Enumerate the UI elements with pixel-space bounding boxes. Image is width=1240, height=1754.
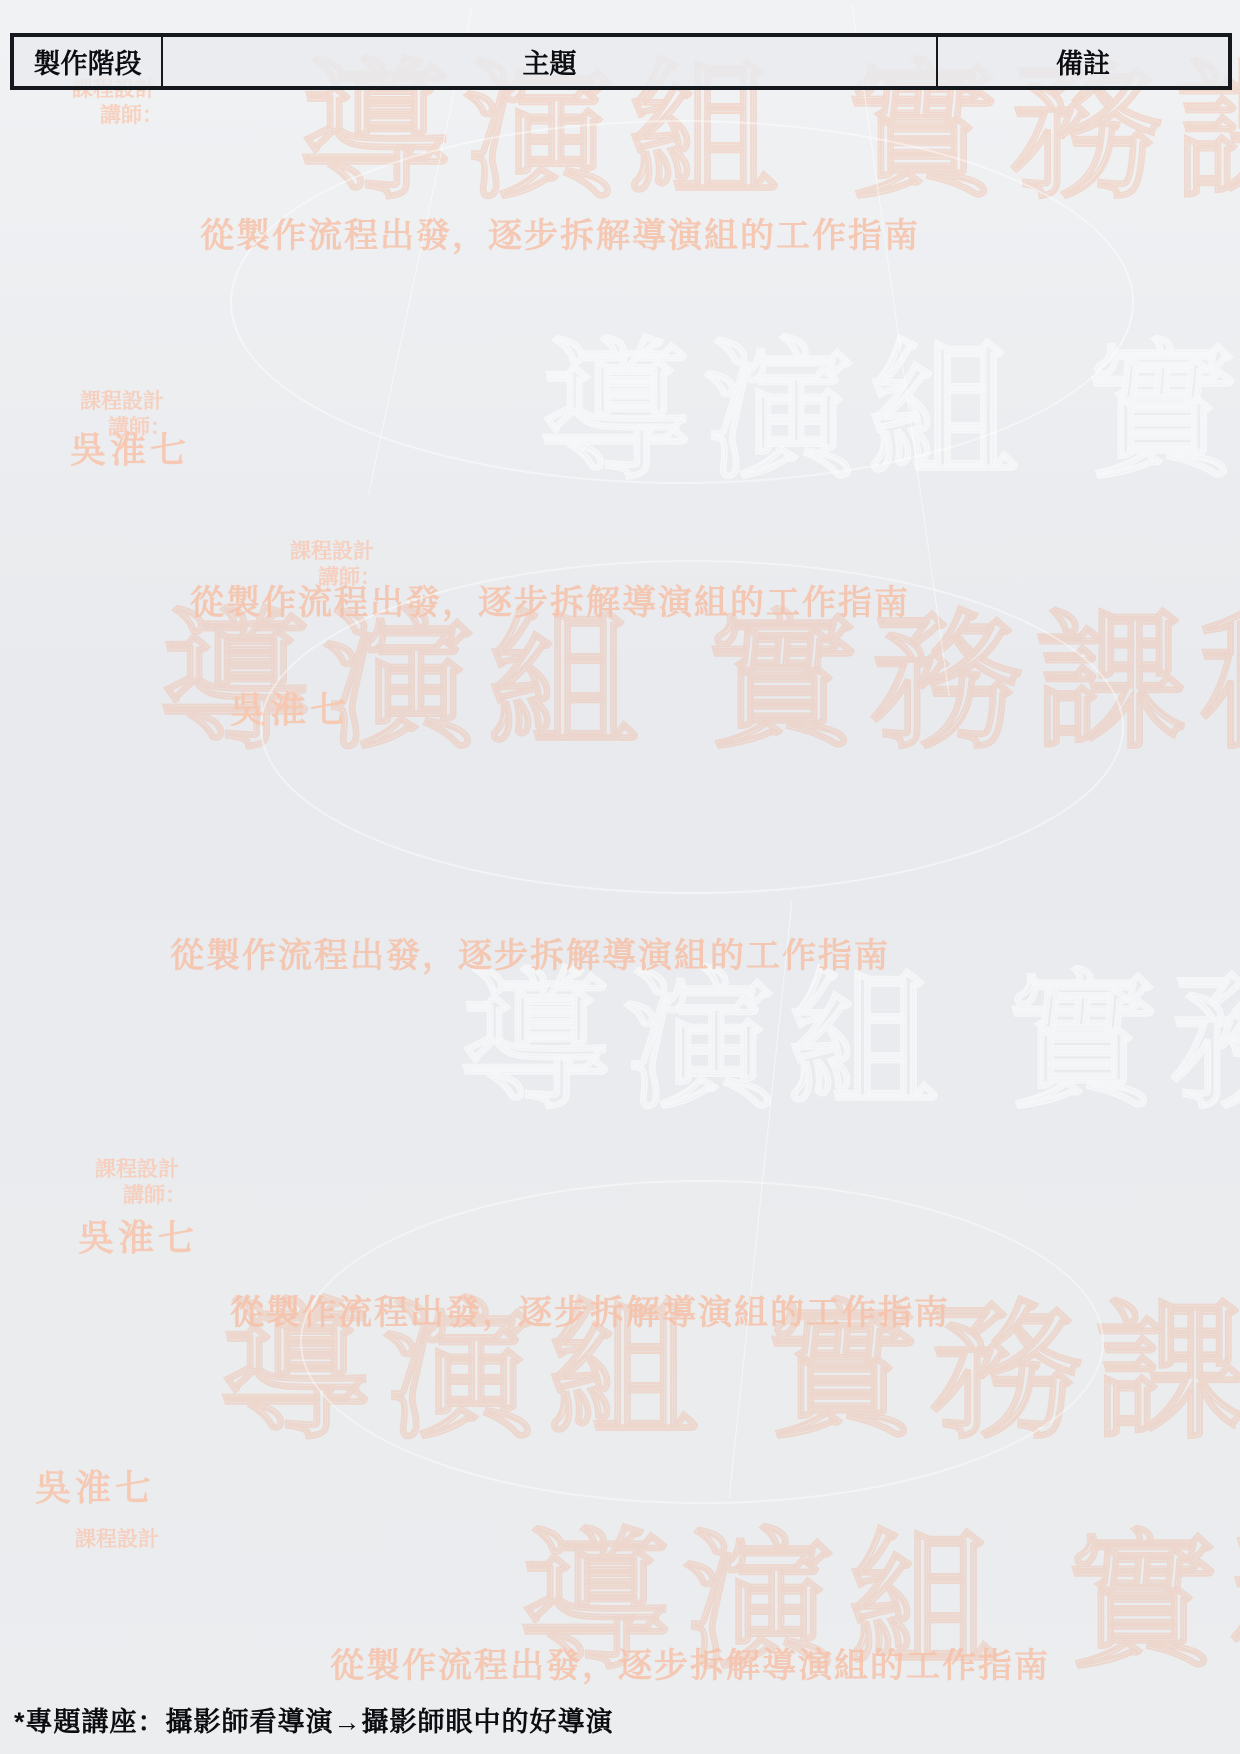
- watermark-credit-text: 講師：: [123, 1184, 186, 1207]
- watermark-ellipse: [260, 560, 1124, 894]
- watermark-author-name: 吳淮七: [78, 1218, 198, 1258]
- syllabus-table: 製作階段 主題 備註: [10, 33, 1232, 90]
- watermark-slogan-text: 從製作流程出發，逐步拆解導演組的工作指南: [330, 1648, 1050, 1685]
- header-row: 製作階段 主題 備註: [12, 35, 1230, 88]
- watermark-credit-text: 課程設計: [290, 540, 374, 563]
- watermark-layer: 導演組 實務課程導演組 實務課程導演組 實務課程導演組 實務課程導演組 實務課程…: [0, 0, 1240, 1754]
- watermark-credit-text: 講師：: [108, 416, 171, 439]
- watermark-credit-text: 課程設計: [80, 390, 164, 413]
- footer-note: *專題講座：攝影師看導演→攝影師眼中的好導演: [14, 1700, 614, 1739]
- watermark-author-name: 吳淮七: [35, 1468, 155, 1508]
- watermark-ellipse: [300, 1180, 1104, 1504]
- watermark-slogan-text: 從製作流程出發，逐步拆解導演組的工作指南: [170, 938, 890, 975]
- table-header: 製作階段 主題 備註: [12, 35, 1230, 88]
- col-header-stage: 製作階段: [12, 35, 162, 88]
- watermark-credit-text: 講師：: [318, 566, 381, 589]
- watermark-credit-text: 課程設計: [95, 1158, 179, 1181]
- watermark-credit-text: 講師：: [100, 104, 163, 127]
- watermark-credit-text: 課程設計: [75, 1528, 159, 1551]
- watermark-ellipse: [230, 120, 1134, 484]
- col-header-note: 備註: [937, 35, 1230, 88]
- watermark-big-text: 導演組 實務課程: [460, 960, 1240, 1125]
- col-header-topic: 主題: [162, 35, 937, 88]
